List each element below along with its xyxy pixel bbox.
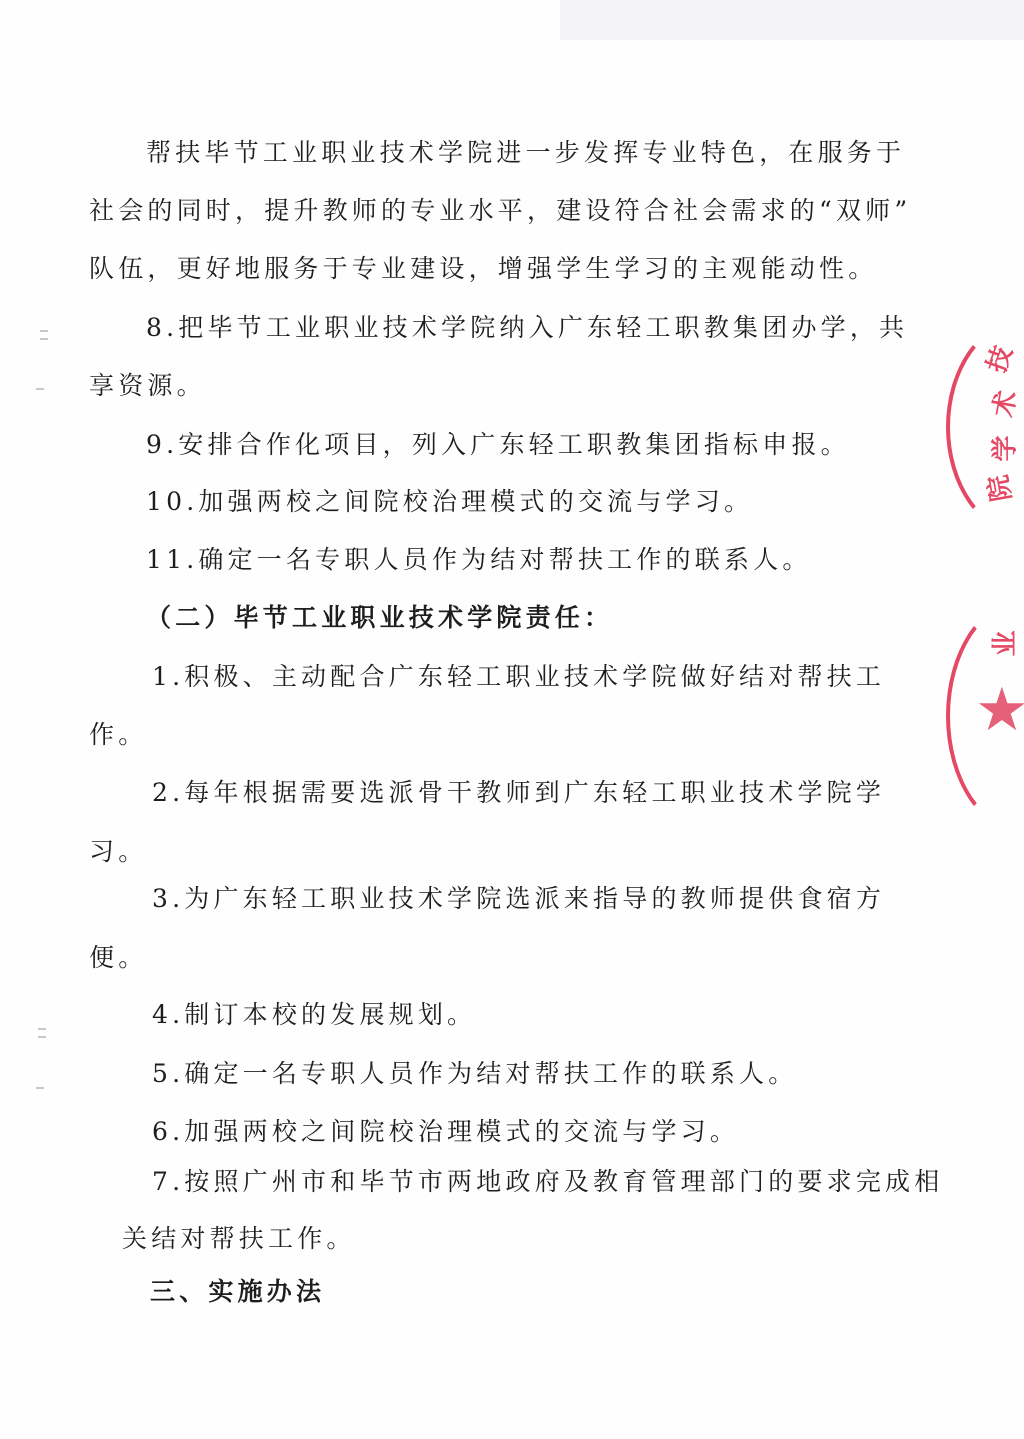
resp-item-6: 6.加强两校之间院校治理模式的交流与学习。 — [152, 1117, 739, 1147]
scan-mark — [36, 388, 44, 390]
resp-item-3-cont: 便。 — [89, 943, 147, 973]
resp-item-7: 7.按照广州市和毕节市两地政府及教育管理部门的要求完成相 — [152, 1167, 943, 1197]
resp-item-2-cont: 习。 — [89, 837, 147, 867]
resp-item-2: 2.每年根据需要选派骨干教师到广东轻工职业技术学院学 — [152, 778, 885, 808]
section-heading-3: 三、实施办法 — [150, 1277, 325, 1307]
resp-item-4: 4.制订本校的发展规划。 — [152, 1000, 476, 1030]
seal-star-icon: ★ — [975, 680, 1024, 740]
paragraph-line-2: 社会的同时，提升教师的专业水平，建设符合社会需求的“双师” — [89, 196, 911, 226]
scan-mark — [38, 1028, 46, 1030]
scan-mark — [38, 1036, 46, 1038]
scan-artifact — [560, 0, 1024, 40]
section-heading-2: （二）毕节工业职业技术学院责任： — [146, 603, 613, 633]
document-page: 帮扶毕节工业职业技术学院进一步发挥专业特色，在服务于 社会的同时，提升教师的专业… — [0, 0, 1024, 1439]
resp-item-7-cont: 关结对帮扶工作。 — [122, 1224, 356, 1254]
seal-char: 学 — [985, 435, 1022, 461]
list-item-8: 8.把毕节工业职业技术学院纳入广东轻工职教集团办学，共 — [146, 313, 908, 343]
list-item-11: 11.确定一名专职人员作为结对帮扶工作的联系人。 — [146, 545, 812, 575]
resp-item-1-cont: 作。 — [89, 720, 147, 750]
paragraph-line-1: 帮扶毕节工业职业技术学院进一步发挥专业特色，在服务于 — [146, 138, 905, 168]
resp-item-5: 5.确定一名专职人员作为结对帮扶工作的联系人。 — [152, 1059, 797, 1089]
list-item-10: 10.加强两校之间院校治理模式的交流与学习。 — [146, 487, 753, 517]
paragraph-line-3: 队伍，更好地服务于专业建设，增强学生学习的主观能动性。 — [89, 254, 877, 284]
list-item-8-cont: 享资源。 — [89, 371, 206, 401]
scan-mark — [40, 330, 48, 332]
resp-item-3: 3.为广东轻工职业技术学院选派来指导的教师提供食宿方 — [152, 884, 885, 914]
scan-mark — [36, 1087, 44, 1089]
seal-char: 业 — [985, 630, 1022, 656]
scan-mark — [40, 338, 48, 340]
list-item-9: 9.安排合作化项目，列入广东轻工职教集团指标申报。 — [146, 430, 850, 460]
resp-item-1: 1.积极、主动配合广东轻工职业技术学院做好结对帮扶工 — [152, 662, 885, 692]
